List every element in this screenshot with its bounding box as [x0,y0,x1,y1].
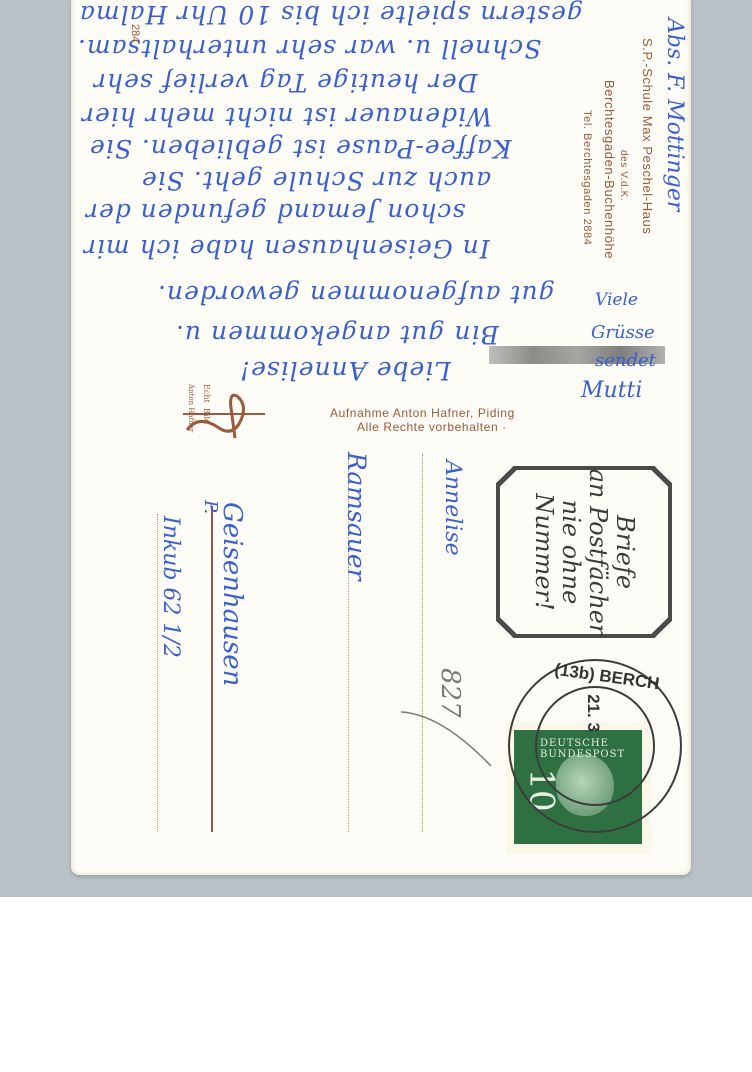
message-line: Der heutige Tag verlief sehr [93,68,478,97]
address-town: Geisenhausen [217,502,247,686]
address-name-first: Annelise [440,460,465,556]
address-street: Inkub 62 1/2 [158,516,183,658]
message-line: auch zur Schule geht. Sie [141,166,491,195]
closing-word: sendet [595,350,656,371]
postmark: (13b) BERCH 21. 3 [508,659,682,833]
pencil-stroke-icon [401,704,501,774]
address-line [422,454,423,832]
closing-signature: Mutti [581,378,642,403]
closing-word: Viele [595,290,638,310]
slogan-line: Briefe [611,469,638,636]
logo-text: Bild [202,408,211,424]
message-line: schon Jemand gefunden der [85,198,465,227]
slogan-cancellation: Briefe an Postfächer nie ohne Nummer! [496,466,672,638]
photo-credit-line2: Alle Rechte vorbehalten · [357,420,507,434]
address-name-last: Ramsauer [342,452,371,581]
address-prefix: P. [200,500,221,514]
closing-word: Grüsse [591,322,655,343]
sender-stamp-line1: S.P.-Schule Max Peschel-Haus [640,38,655,234]
sender-stamp-line3: Berchtesgaden-Buchenhöhe [602,80,617,259]
address-line-underline [211,506,213,832]
card-number: 284 [129,24,141,42]
slogan-text: Briefe an Postfächer nie ohne Nummer! [530,469,638,636]
message-line: Kaffee-Pause ist geblieben. Sie [89,134,512,163]
logo-text: Echt [202,384,211,403]
postcard: gestern spielte ich bis 10 Uhr Halma Sch… [71,0,691,875]
message-line: Bin gut angekommen u. [175,320,499,349]
photo-credit-line1: Aufnahme Anton Hafner, Piding [330,406,515,420]
sender-stamp-line2: des V.d.K. [618,150,629,201]
sender-stamp-line4: Tel. Berchtesgaden 2884 [581,110,593,246]
message-line: gestern spielte ich bis 10 Uhr Halma [79,0,583,29]
postmark-date: 21. 3 [583,694,603,732]
message-line: gut aufgenommen geworden. [157,280,555,309]
slogan-line: an Postfächer [584,469,611,636]
slogan-line: nie ohne [557,469,584,636]
message-line: Widenauer ist nicht mehr hier [81,102,492,131]
slogan-line: Nummer! [530,469,557,636]
message-line: Schnell u. war sehr unterhaltsam. [77,34,541,63]
message-line: In Geisenhausen habe ich mir [83,234,490,263]
sender-handwritten: Abs. F. Mottinger [662,18,687,211]
message-greeting: Liebe Annelise! [239,356,451,385]
logo-text: Anton Hafner [187,384,195,432]
